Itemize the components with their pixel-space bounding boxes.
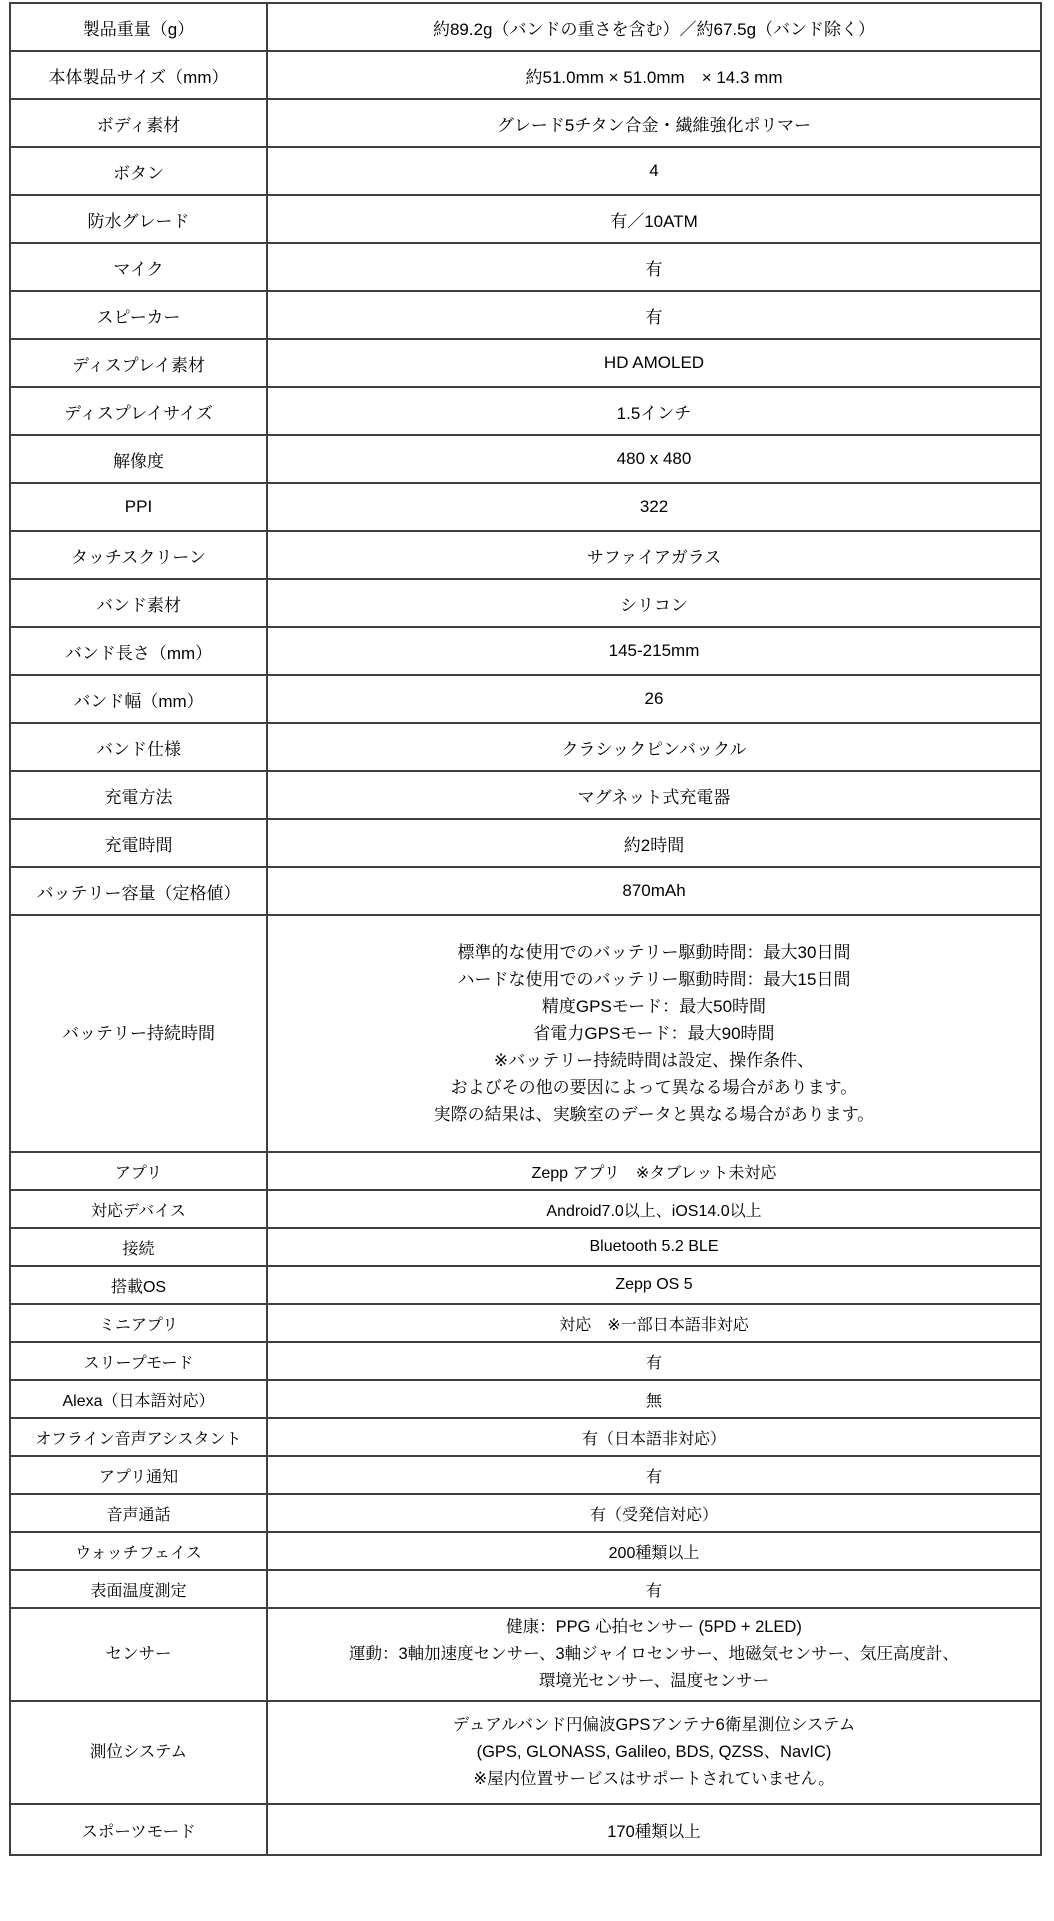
row-label: Alexa（日本語対応） xyxy=(10,1380,267,1418)
row-label: オフライン音声アシスタント xyxy=(10,1418,267,1456)
table-row: 充電時間約2時間 xyxy=(10,819,1041,867)
row-value: 有 xyxy=(267,1570,1041,1608)
row-label: ミニアプリ xyxy=(10,1304,267,1342)
row-label: 製品重量（g） xyxy=(10,3,267,51)
row-label: バンド長さ（mm） xyxy=(10,627,267,675)
row-label: PPI xyxy=(10,483,267,531)
row-value: 有 xyxy=(267,1342,1041,1380)
row-value: 200種類以上 xyxy=(267,1532,1041,1570)
table-row: ディスプレイサイズ1.5インチ xyxy=(10,387,1041,435)
row-label: 測位システム xyxy=(10,1701,267,1804)
row-label: ディスプレイ素材 xyxy=(10,339,267,387)
row-label: ボディ素材 xyxy=(10,99,267,147)
table-row: スピーカー有 xyxy=(10,291,1041,339)
row-value: 有 xyxy=(267,1456,1041,1494)
row-label: 対応デバイス xyxy=(10,1190,267,1228)
table-row: バンド仕様クラシックピンバックル xyxy=(10,723,1041,771)
row-label: 充電方法 xyxy=(10,771,267,819)
table-row: ボディ素材グレード5チタン合金・繊維強化ポリマー xyxy=(10,99,1041,147)
row-value: Android7.0以上、iOS14.0以上 xyxy=(267,1190,1041,1228)
table-row: ディスプレイ素材HD AMOLED xyxy=(10,339,1041,387)
row-value: 有／10ATM xyxy=(267,195,1041,243)
row-value: 26 xyxy=(267,675,1041,723)
row-value: Zepp アプリ ※タブレット未対応 xyxy=(267,1152,1041,1190)
row-value: 有（受発信対応） xyxy=(267,1494,1041,1532)
row-label: 接続 xyxy=(10,1228,267,1266)
table-row: マイク有 xyxy=(10,243,1041,291)
row-value: 有 xyxy=(267,291,1041,339)
row-value: デュアルバンド円偏波GPSアンテナ6衛星測位システム(GPS, GLONASS,… xyxy=(267,1701,1041,1804)
row-value: シリコン xyxy=(267,579,1041,627)
table-row: オフライン音声アシスタント有（日本語非対応） xyxy=(10,1418,1041,1456)
row-label: ウォッチフェイス xyxy=(10,1532,267,1570)
row-value: 無 xyxy=(267,1380,1041,1418)
table-row: スリープモード有 xyxy=(10,1342,1041,1380)
table-row: センサー健康：PPG 心拍センサー (5PD + 2LED)運動：3軸加速度セン… xyxy=(10,1608,1041,1701)
row-label: バンド素材 xyxy=(10,579,267,627)
table-row: 解像度480 x 480 xyxy=(10,435,1041,483)
table-row: ボタン4 xyxy=(10,147,1041,195)
row-label: センサー xyxy=(10,1608,267,1701)
row-label: マイク xyxy=(10,243,267,291)
row-value: マグネット式充電器 xyxy=(267,771,1041,819)
row-label: 表面温度測定 xyxy=(10,1570,267,1608)
row-value: 170種類以上 xyxy=(267,1804,1041,1855)
row-value: HD AMOLED xyxy=(267,339,1041,387)
table-row: Alexa（日本語対応）無 xyxy=(10,1380,1041,1418)
row-value: 約89.2g（バンドの重さを含む）／約67.5g（バンド除く） xyxy=(267,3,1041,51)
row-value: 有 xyxy=(267,243,1041,291)
table-row: ウォッチフェイス200種類以上 xyxy=(10,1532,1041,1570)
table-row: バンド幅（mm）26 xyxy=(10,675,1041,723)
row-value: 健康：PPG 心拍センサー (5PD + 2LED)運動：3軸加速度センサー、3… xyxy=(267,1608,1041,1701)
row-label: バッテリー持続時間 xyxy=(10,915,267,1152)
row-label: バンド幅（mm） xyxy=(10,675,267,723)
row-label: アプリ通知 xyxy=(10,1456,267,1494)
row-value: グレード5チタン合金・繊維強化ポリマー xyxy=(267,99,1041,147)
row-value: Zepp OS 5 xyxy=(267,1266,1041,1304)
row-value: 有（日本語非対応） xyxy=(267,1418,1041,1456)
table-row: 充電方法マグネット式充電器 xyxy=(10,771,1041,819)
table-row: バッテリー持続時間標準的な使用でのバッテリー駆動時間：最大30日間ハードな使用で… xyxy=(10,915,1041,1152)
spec-table: 製品重量（g）約89.2g（バンドの重さを含む）／約67.5g（バンド除く）本体… xyxy=(9,2,1042,1856)
table-row: スポーツモード170種類以上 xyxy=(10,1804,1041,1855)
spec-table-body: 製品重量（g）約89.2g（バンドの重さを含む）／約67.5g（バンド除く）本体… xyxy=(10,3,1041,1855)
row-label: アプリ xyxy=(10,1152,267,1190)
row-value: 322 xyxy=(267,483,1041,531)
table-row: タッチスクリーンサファイアガラス xyxy=(10,531,1041,579)
table-row: 音声通話有（受発信対応） xyxy=(10,1494,1041,1532)
row-label: バンド仕様 xyxy=(10,723,267,771)
row-value: 870mAh xyxy=(267,867,1041,915)
row-label: スピーカー xyxy=(10,291,267,339)
row-value: クラシックピンバックル xyxy=(267,723,1041,771)
table-row: ミニアプリ対応 ※一部日本語非対応 xyxy=(10,1304,1041,1342)
table-row: アプリ通知有 xyxy=(10,1456,1041,1494)
row-value: 約2時間 xyxy=(267,819,1041,867)
table-row: PPI322 xyxy=(10,483,1041,531)
row-value: Bluetooth 5.2 BLE xyxy=(267,1228,1041,1266)
table-row: アプリZepp アプリ ※タブレット未対応 xyxy=(10,1152,1041,1190)
row-label: ボタン xyxy=(10,147,267,195)
row-label: スリープモード xyxy=(10,1342,267,1380)
table-row: 接続Bluetooth 5.2 BLE xyxy=(10,1228,1041,1266)
table-row: 搭載OSZepp OS 5 xyxy=(10,1266,1041,1304)
row-value: 対応 ※一部日本語非対応 xyxy=(267,1304,1041,1342)
row-value: 145-215mm xyxy=(267,627,1041,675)
row-label: 音声通話 xyxy=(10,1494,267,1532)
row-label: 充電時間 xyxy=(10,819,267,867)
table-row: バンド長さ（mm）145-215mm xyxy=(10,627,1041,675)
table-row: 表面温度測定有 xyxy=(10,1570,1041,1608)
table-row: 防水グレード有／10ATM xyxy=(10,195,1041,243)
row-label: 搭載OS xyxy=(10,1266,267,1304)
row-value: 約51.0mm × 51.0mm × 14.3 mm xyxy=(267,51,1041,99)
table-row: 製品重量（g）約89.2g（バンドの重さを含む）／約67.5g（バンド除く） xyxy=(10,3,1041,51)
row-label: 解像度 xyxy=(10,435,267,483)
row-label: バッテリー容量（定格値） xyxy=(10,867,267,915)
row-label: 本体製品サイズ（mm） xyxy=(10,51,267,99)
row-label: スポーツモード xyxy=(10,1804,267,1855)
row-value: 1.5インチ xyxy=(267,387,1041,435)
row-label: 防水グレード xyxy=(10,195,267,243)
table-row: バッテリー容量（定格値）870mAh xyxy=(10,867,1041,915)
row-value: 480 x 480 xyxy=(267,435,1041,483)
row-value: 4 xyxy=(267,147,1041,195)
table-row: 本体製品サイズ（mm）約51.0mm × 51.0mm × 14.3 mm xyxy=(10,51,1041,99)
row-value: 標準的な使用でのバッテリー駆動時間：最大30日間ハードな使用でのバッテリー駆動時… xyxy=(267,915,1041,1152)
row-label: ディスプレイサイズ xyxy=(10,387,267,435)
table-row: 測位システムデュアルバンド円偏波GPSアンテナ6衛星測位システム(GPS, GL… xyxy=(10,1701,1041,1804)
row-value: サファイアガラス xyxy=(267,531,1041,579)
row-label: タッチスクリーン xyxy=(10,531,267,579)
table-row: バンド素材シリコン xyxy=(10,579,1041,627)
table-row: 対応デバイスAndroid7.0以上、iOS14.0以上 xyxy=(10,1190,1041,1228)
